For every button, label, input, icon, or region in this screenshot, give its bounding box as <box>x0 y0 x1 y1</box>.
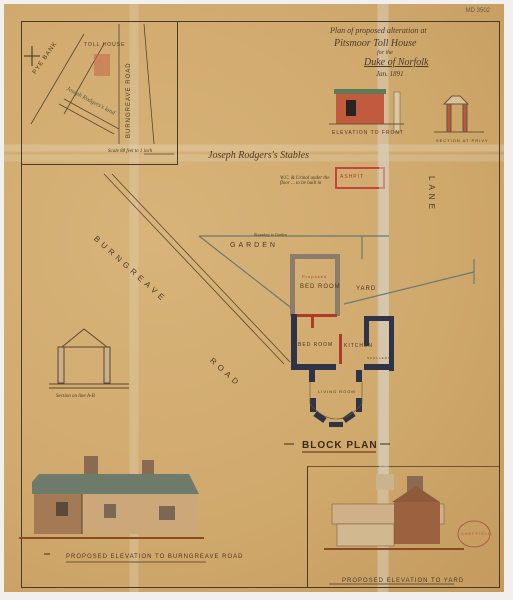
label-section: Section on line A-B <box>56 394 95 399</box>
yard-elevation <box>324 474 490 584</box>
existing-walls <box>291 314 394 382</box>
label-proposed: Proposed <box>302 274 327 279</box>
label-toll-house: TOLL HOUSE <box>84 42 125 48</box>
burngreave-road-elevation <box>19 456 206 562</box>
title-line-3: for the <box>377 50 393 56</box>
label-inset-burngreave-road: BURNGREAVE ROAD <box>126 62 132 138</box>
title-date: Jan. 1891 <box>376 70 404 78</box>
title-line-4: Duke of Norfolk <box>364 57 428 68</box>
label-wc-note: W.C. & Urinal under the floor ... to be … <box>280 176 335 186</box>
front-elevation-drawing <box>329 89 404 132</box>
label-privy-section: SECTION AT PRIVY <box>436 138 489 143</box>
label-kitchen: KITCHEN <box>344 343 373 349</box>
toll-house-marker <box>94 54 110 76</box>
drawing-sheet: MD 3502 <box>4 4 504 592</box>
stamp-text: SHEFFIELD <box>461 531 492 536</box>
label-front-elevation: ELEVATION TO FRONT <box>332 130 404 136</box>
label-scullery: SCULLERY <box>367 356 391 360</box>
title-line-1: Plan of proposed alteration at <box>330 26 427 35</box>
bay-window-living-room <box>310 398 362 427</box>
label-stables: Joseph Rodgers's Stables <box>208 150 309 161</box>
block-plan-title: BLOCK PLAN <box>302 440 378 451</box>
label-boundary-note: Boundary to Garden <box>254 232 287 237</box>
privy-section-drawing <box>434 96 484 132</box>
label-yard-elevation: PROPOSED ELEVATION TO YARD <box>342 578 464 584</box>
label-yard: YARD <box>356 286 376 292</box>
title-line-2: Pitsmoor Toll House <box>334 38 416 49</box>
label-inset-scale: Scale 88 feet to 1 inch <box>108 149 152 154</box>
section-drawing <box>49 329 129 388</box>
label-living-room: LIVING ROOM <box>318 389 356 394</box>
label-road-elevation: PROPOSED ELEVATION TO BURNGREAVE ROAD <box>66 554 243 560</box>
label-lane: LANE <box>427 176 436 213</box>
label-garden: GARDEN <box>230 242 278 249</box>
label-bedroom: BED ROOM <box>298 342 333 348</box>
label-ashpit: ASHPIT <box>340 174 364 180</box>
label-bedroom-proposed: BED ROOM <box>300 284 341 290</box>
